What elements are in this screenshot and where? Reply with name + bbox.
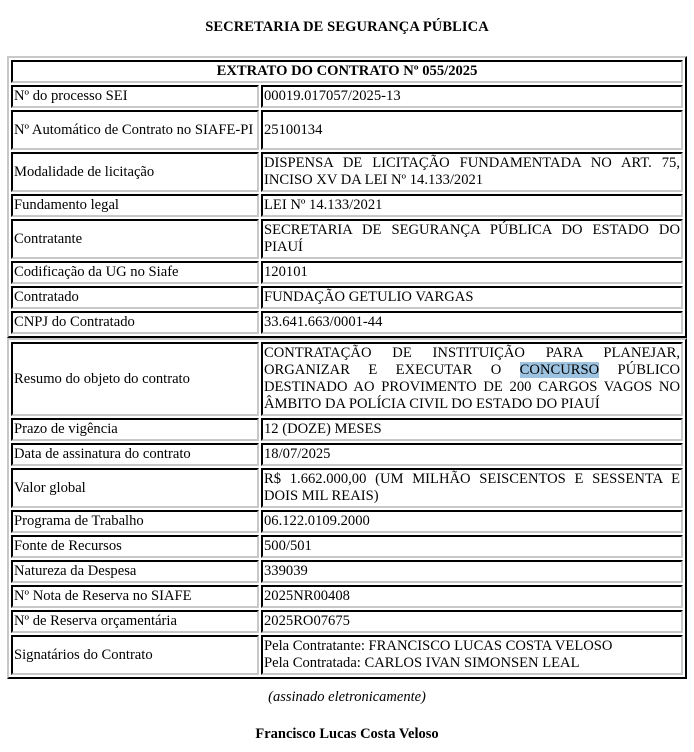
row-label-contratante: Contratante	[11, 219, 259, 259]
agency-title: SECRETARIA DE SEGURANÇA PÚBLICA	[0, 19, 694, 36]
row-label-prazo: Prazo de vigência	[11, 418, 259, 441]
row-value-signatarios: Pela Contratante: FRANCISCO LUCAS COSTA …	[261, 635, 683, 675]
row-value-data-assinatura: 18/07/2025	[261, 443, 683, 466]
row-label-valor-global: Valor global	[11, 468, 259, 508]
row-value-reserva-orcamentaria: 2025RO07675	[261, 610, 683, 633]
row-label-ug: Codificação da UG no Siafe	[11, 261, 259, 284]
table-row: CNPJ do Contratado 33.641.663/0001-44	[11, 311, 683, 334]
row-label-resumo: Resumo do objeto do contrato	[11, 342, 259, 416]
row-value-prazo: 12 (DOZE) MESES	[261, 418, 683, 441]
table-row: Fundamento legal LEI Nº 14.133/2021	[11, 194, 683, 217]
row-value-natureza: 339039	[261, 560, 683, 583]
row-value-fundamento: LEI Nº 14.133/2021	[261, 194, 683, 217]
table-row: Nº do processo SEI 00019.017057/2025-13	[11, 85, 683, 108]
row-label-nota-reserva: Nº Nota de Reserva no SIAFE	[11, 585, 259, 608]
row-value-nota-reserva: 2025NR00408	[261, 585, 683, 608]
table-row: Signatários do Contrato Pela Contratante…	[11, 635, 683, 675]
table-row: Natureza da Despesa 339039	[11, 560, 683, 583]
table-row: Valor global R$ 1.662.000,00 (UM MILHÃO …	[11, 468, 683, 508]
table-row: Codificação da UG no Siafe 120101	[11, 261, 683, 284]
table-row: Prazo de vigência 12 (DOZE) MESES	[11, 418, 683, 441]
row-label-fonte: Fonte de Recursos	[11, 535, 259, 558]
row-label-contratado: Contratado	[11, 286, 259, 309]
row-value-fonte: 500/501	[261, 535, 683, 558]
row-label-contrato-siafe: Nº Automático de Contrato no SIAFE-PI	[11, 110, 259, 150]
signed-note: (assinado eletronicamente)	[0, 689, 694, 706]
row-value-contratado: FUNDAÇÃO GETULIO VARGAS	[261, 286, 683, 309]
row-value-ug: 120101	[261, 261, 683, 284]
row-value-contrato-siafe: 25100134	[261, 110, 683, 150]
table-row: Programa de Trabalho 06.122.0109.2000	[11, 510, 683, 533]
signer-name: Francisco Lucas Costa Veloso	[0, 726, 694, 743]
row-value-resumo: CONTRATAÇÃO DE INSTITUIÇÃO PARA PLANEJAR…	[261, 342, 683, 416]
row-value-cnpj: 33.641.663/0001-44	[261, 311, 683, 334]
row-label-natureza: Natureza da Despesa	[11, 560, 259, 583]
table-row: Data de assinatura do contrato 18/07/202…	[11, 443, 683, 466]
table-title: EXTRATO DO CONTRATO Nº 055/2025	[11, 60, 683, 83]
table-row: Nº Nota de Reserva no SIAFE 2025NR00408	[11, 585, 683, 608]
row-label-processo-sei: Nº do processo SEI	[11, 85, 259, 108]
row-label-reserva-orcamentaria: Nº de Reserva orçamentária	[11, 610, 259, 633]
row-value-processo-sei: 00019.017057/2025-13	[261, 85, 683, 108]
table-row: Contratado FUNDAÇÃO GETULIO VARGAS	[11, 286, 683, 309]
contract-extract-table: EXTRATO DO CONTRATO Nº 055/2025 Nº do pr…	[7, 56, 687, 338]
row-value-contratante: SECRETARIA DE SEGURANÇA PÚBLICA DO ESTAD…	[261, 219, 683, 259]
row-label-programa: Programa de Trabalho	[11, 510, 259, 533]
row-label-modalidade: Modalidade de licitação	[11, 152, 259, 192]
highlighted-search-term: CONCURSO	[520, 362, 599, 378]
row-value-modalidade: DISPENSA DE LICITAÇÃO FUNDAMENTADA NO AR…	[261, 152, 683, 192]
row-label-fundamento: Fundamento legal	[11, 194, 259, 217]
row-label-signatarios: Signatários do Contrato	[11, 635, 259, 675]
row-value-programa: 06.122.0109.2000	[261, 510, 683, 533]
row-label-data-assinatura: Data de assinatura do contrato	[11, 443, 259, 466]
signatario-contratante: Pela Contratante: FRANCISCO LUCAS COSTA …	[264, 638, 680, 655]
row-label-cnpj: CNPJ do Contratado	[11, 311, 259, 334]
table-row: Modalidade de licitação DISPENSA DE LICI…	[11, 152, 683, 192]
contract-details-table: Resumo do objeto do contrato CONTRATAÇÃO…	[7, 338, 687, 679]
table-row: Contratante SECRETARIA DE SEGURANÇA PÚBL…	[11, 219, 683, 259]
table-row: Fonte de Recursos 500/501	[11, 535, 683, 558]
row-value-valor-global: R$ 1.662.000,00 (UM MILHÃO SEISCENTOS E …	[261, 468, 683, 508]
table-row: Resumo do objeto do contrato CONTRATAÇÃO…	[11, 342, 683, 416]
signatario-contratada: Pela Contratada: CARLOS IVAN SIMONSEN LE…	[264, 655, 680, 672]
table-row: Nº de Reserva orçamentária 2025RO07675	[11, 610, 683, 633]
table-row: Nº Automático de Contrato no SIAFE-PI 25…	[11, 110, 683, 150]
